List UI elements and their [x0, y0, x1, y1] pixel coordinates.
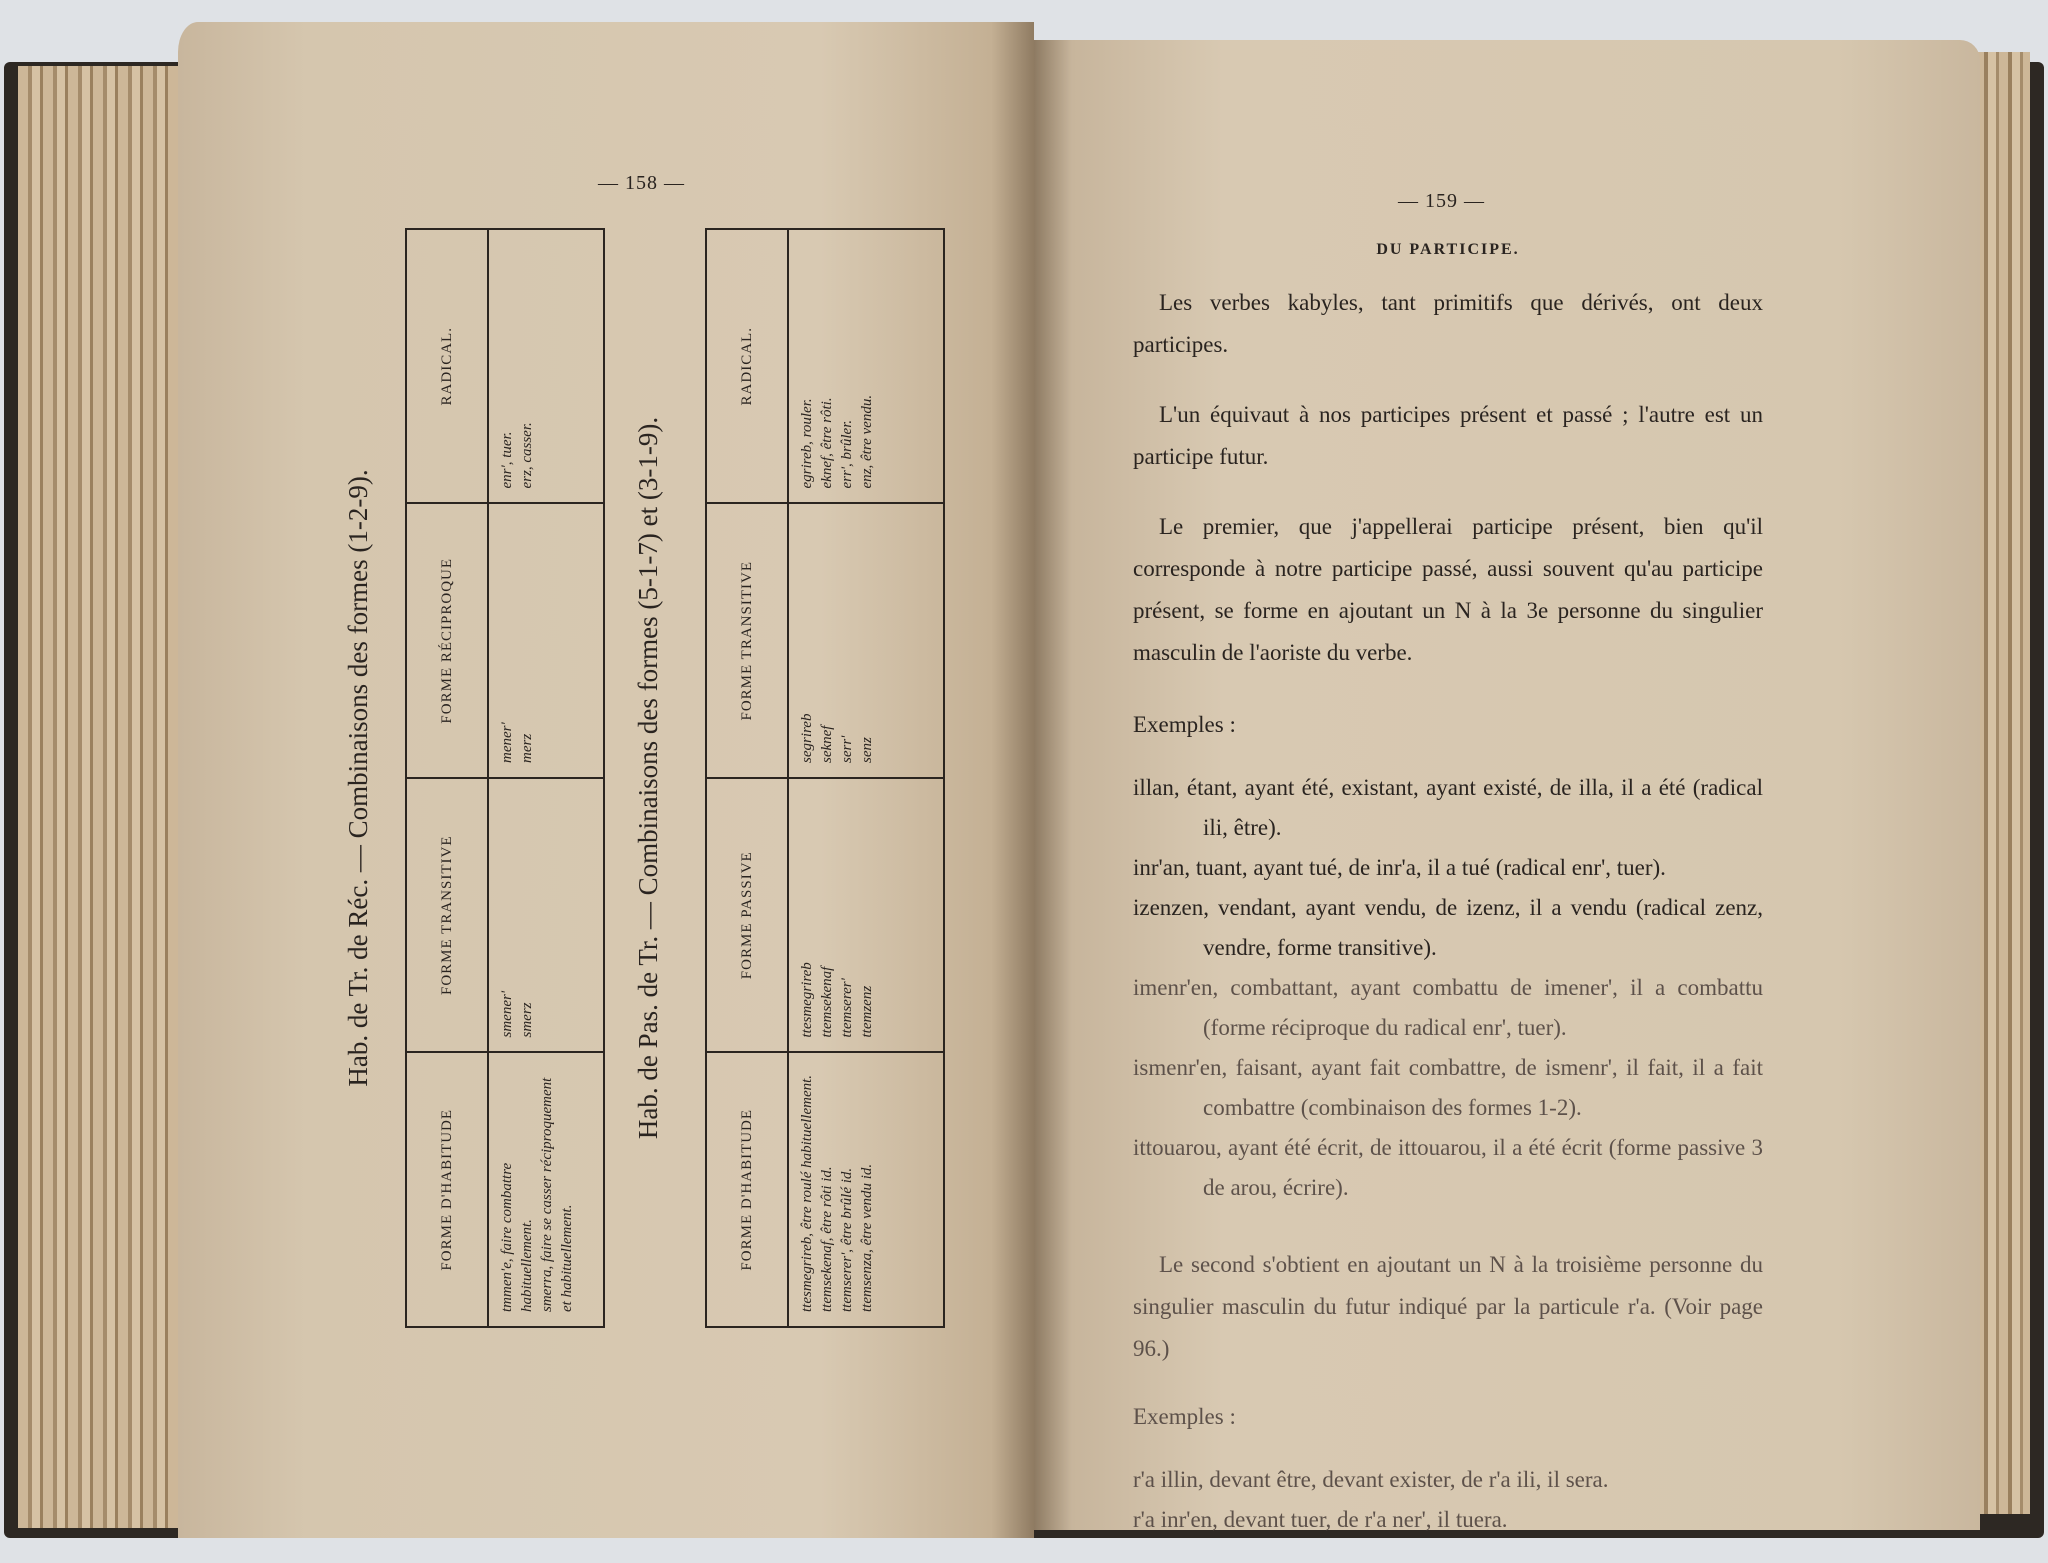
rotated-table-container: Hab. de Tr. de Réc. — Combinaisons des f… [405, 228, 961, 1328]
example-item: ittouarou, ayant été écrit, de ittouarou… [1133, 1128, 1763, 1208]
table-2-title: Hab. de Pas. de Tr. — Combinaisons des f… [633, 228, 664, 1328]
example-item: r'a illin, devant être, devant exister, … [1133, 1460, 1763, 1500]
table-1-col-transitive: FORME TRANSITIVE smener' smerz [407, 777, 603, 1052]
table-2-col-transitive: FORME TRANSITIVE segrireb seknef serr' s… [707, 503, 943, 778]
page-number-right: — 159 — [1398, 190, 1485, 213]
table-2: FORME D'HABITUDE ttesmegrireb, être roul… [705, 228, 945, 1328]
right-page-text: DU PARTICIPE. Les verbes kabyles, tant p… [1133, 240, 1763, 1540]
page-edges-left [18, 66, 178, 1528]
paragraph: Le second s'obtient en ajoutant un N à l… [1133, 1244, 1763, 1370]
example-item: imenr'en, combattant, ayant combattu de … [1133, 968, 1763, 1048]
table-1: FORME D'HABITUDE tmmen'e, faire combattr… [405, 228, 605, 1328]
examples-label: Exemples : [1133, 704, 1763, 746]
table-1-col-radical: RADICAL. enr', tuer. erz, casser. [407, 230, 603, 503]
table-2-col-passive: FORME PASSIVE ttesmegrireb ttemsekenaf t… [707, 777, 943, 1052]
example-item: r'a inr'en, devant tuer, de r'a ner', il… [1133, 1500, 1763, 1540]
section-heading: DU PARTICIPE. [1133, 240, 1763, 260]
example-item: izenzen, vendant, ayant vendu, de izenz,… [1133, 888, 1763, 968]
page-number-left: — 158 — [598, 172, 685, 195]
example-item: inr'an, tuant, ayant tué, de inr'a, il a… [1133, 848, 1763, 888]
table-2-col-habitude: FORME D'HABITUDE ttesmegrireb, être roul… [707, 1052, 943, 1327]
paragraph: Les verbes kabyles, tant primitifs que d… [1133, 282, 1763, 366]
example-item: illan, étant, ayant été, existant, ayant… [1133, 768, 1763, 848]
table-1-title: Hab. de Tr. de Réc. — Combinaisons des f… [343, 228, 374, 1328]
table-1-col-reciproque: FORME RÉCIPROQUE mener' merz [407, 503, 603, 778]
paragraph: Le premier, que j'appellerai participe p… [1133, 506, 1763, 674]
table-2-col-radical: RADICAL. egrireb, rouler. eknef, être rô… [707, 230, 943, 503]
examples-label: Exemples : [1133, 1396, 1763, 1438]
paragraph: L'un équivaut à nos participes présent e… [1133, 394, 1763, 478]
example-item: ismenr'en, faisant, ayant fait combattre… [1133, 1048, 1763, 1128]
table-1-col-habitude: FORME D'HABITUDE tmmen'e, faire combattr… [407, 1052, 603, 1327]
